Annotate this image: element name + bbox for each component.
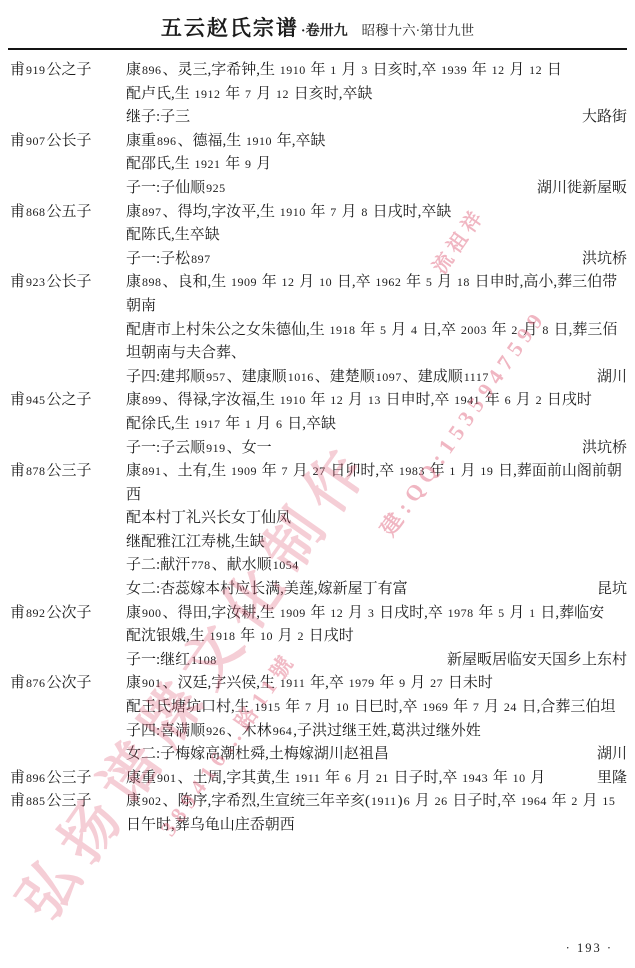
record-content: 康899、得禄,字汝福,生 1910 年 12 月 13 日申时,卒 1941 …	[126, 389, 627, 460]
records-list: 甫919公之子康896、灵三,字希钟,生 1910 年 1 月 3 日亥时,卒 …	[0, 50, 635, 838]
record-text: 配沈银娥,生 1918 年 10 月 2 日戌时	[126, 625, 354, 649]
record-text: 继配雅江江寿桃,生缺	[126, 531, 265, 555]
volume-label: ·卷卅九	[301, 24, 348, 39]
record-line: 配卢氏,生 1912 年 7 月 12 日亥时,卒缺	[126, 83, 627, 107]
record-label: 甫878公三子	[10, 460, 126, 602]
record-line: 继子:子三大路街	[126, 106, 627, 130]
record-text: 配王氏塘坑口村,生 1915 年 7 月 10 日巳时,卒 1969 年 7 月…	[126, 696, 615, 720]
record-text: 康重901、土周,字其黄,生 1911 年 6 月 21 日子时,卒 1943 …	[126, 767, 545, 791]
record-label: 甫907公长子	[10, 130, 126, 201]
record-content: 康891、土有,生 1909 年 7 月 27 日卯时,卒 1983 年 1 月…	[126, 460, 627, 602]
record: 甫923公长子康898、良和,生 1909 年 12 月 10 日,卒 1962…	[10, 271, 627, 389]
record-label: 甫892公次子	[10, 602, 126, 673]
record-line: 配本村丁礼兴长女丁仙凤	[126, 507, 627, 531]
record-line: 康898、良和,生 1909 年 12 月 10 日,卒 1962 年 5 月 …	[126, 271, 627, 318]
record: 甫945公之子康899、得禄,字汝福,生 1910 年 12 月 13 日申时,…	[10, 389, 627, 460]
record-content: 康898、良和,生 1909 年 12 月 10 日,卒 1962 年 5 月 …	[126, 271, 627, 389]
residence-place: 昆坑	[597, 578, 627, 602]
record: 甫878公三子康891、土有,生 1909 年 7 月 27 日卯时,卒 198…	[10, 460, 627, 602]
record-line: 子二:献汗778、献水顺1054	[126, 554, 627, 578]
residence-place: 湖川	[597, 366, 627, 390]
record: 甫919公之子康896、灵三,字希钟,生 1910 年 1 月 3 日亥时,卒 …	[10, 59, 627, 130]
record-line: 配唐市上村朱公之女朱德仙,生 1918 年 5 月 4 日,卒 2003 年 2…	[126, 319, 627, 366]
record-text: 康896、灵三,字希钟,生 1910 年 1 月 3 日亥时,卒 1939 年 …	[126, 59, 562, 83]
record-text: 康902、陈序,字希烈,生宣统三年辛亥(1911)6 月 26 日子时,卒 19…	[126, 790, 627, 837]
record-line: 康900、得田,字汝耕,生 1909 年 12 月 3 日戌时,卒 1978 年…	[126, 602, 627, 626]
record: 甫876公次子康901、汉廷,字兴侯,生 1911 年,卒 1979 年 9 月…	[10, 672, 627, 766]
record-text: 子一:子仙顺925	[126, 177, 227, 201]
record-text: 配邵氏,生 1921 年 9 月	[126, 153, 271, 177]
record-line: 子四:喜满顺926、木林964,子洪过继王姓,葛洪过继外姓	[126, 720, 627, 744]
residence-place: 大路街	[582, 106, 627, 130]
record-text: 配唐市上村朱公之女朱德仙,生 1918 年 5 月 4 日,卒 2003 年 2…	[126, 319, 627, 366]
record-label: 甫945公之子	[10, 389, 126, 460]
record-text: 子四:喜满顺926、木林964,子洪过继王姓,葛洪过继外姓	[126, 720, 481, 744]
genealogy-page: 五云赵氏宗谱·卷卅九昭穆十六·第廿九世 甫919公之子康896、灵三,字希钟,生…	[0, 0, 635, 968]
record-content: 康896、灵三,字希钟,生 1910 年 1 月 3 日亥时,卒 1939 年 …	[126, 59, 627, 130]
record-label: 甫919公之子	[10, 59, 126, 130]
record-text: 康900、得田,字汝耕,生 1909 年 12 月 3 日戌时,卒 1978 年…	[126, 602, 604, 626]
record-line: 配陈氏,生卒缺	[126, 224, 627, 248]
record-line: 康897、得均,字汝平,生 1910 年 7 月 8 日戌时,卒缺	[126, 201, 627, 225]
record-line: 子一:继红1108新屋畈居临安天国乡上东村	[126, 649, 627, 673]
record-text: 康891、土有,生 1909 年 7 月 27 日卯时,卒 1983 年 1 月…	[126, 460, 627, 507]
record-content: 康重901、土周,字其黄,生 1911 年 6 月 21 日子时,卒 1943 …	[126, 767, 627, 791]
record-text: 女二:杏蕊嫁本村应长满,美莲,嫁新屋丁有富	[126, 578, 408, 602]
record-text: 配本村丁礼兴长女丁仙凤	[126, 507, 291, 531]
residence-place: 湖川	[597, 743, 627, 767]
record-text: 女二:子梅嫁高潮杜舜,土梅嫁湖川赵祖昌	[126, 743, 389, 767]
residence-place: 新屋畈居临安天国乡上东村	[447, 649, 627, 673]
record-line: 康896、灵三,字希钟,生 1910 年 1 月 3 日亥时,卒 1939 年 …	[126, 59, 627, 83]
record-label: 甫876公次子	[10, 672, 126, 766]
record-text: 康898、良和,生 1909 年 12 月 10 日,卒 1962 年 5 月 …	[126, 271, 627, 318]
page-header: 五云赵氏宗谱·卷卅九昭穆十六·第廿九世	[0, 0, 635, 42]
record-content: 康897、得均,字汝平,生 1910 年 7 月 8 日戌时,卒缺配陈氏,生卒缺…	[126, 201, 627, 272]
page-number: · 193 ·	[566, 941, 613, 956]
record-line: 女二:子梅嫁高潮杜舜,土梅嫁湖川赵祖昌湖川	[126, 743, 627, 767]
record-label: 甫896公三子	[10, 767, 126, 791]
record-text: 配徐氏,生 1917 年 1 月 6 日,卒缺	[126, 413, 336, 437]
record: 甫868公五子康897、得均,字汝平,生 1910 年 7 月 8 日戌时,卒缺…	[10, 201, 627, 272]
record-text: 继子:子三	[126, 106, 190, 130]
record-line: 配王氏塘坑口村,生 1915 年 7 月 10 日巳时,卒 1969 年 7 月…	[126, 696, 627, 720]
record-line: 配邵氏,生 1921 年 9 月	[126, 153, 627, 177]
generation-label: 昭穆十六·第廿九世	[362, 23, 475, 38]
record-line: 配沈银娥,生 1918 年 10 月 2 日戌时	[126, 625, 627, 649]
residence-place: 洪坑桥	[582, 437, 627, 461]
record-text: 子二:献汗778、献水顺1054	[126, 554, 300, 578]
record-label: 甫885公三子	[10, 790, 126, 837]
record-text: 康901、汉廷,字兴侯,生 1911 年,卒 1979 年 9 月 27 日未时	[126, 672, 493, 696]
record-line: 康重896、德福,生 1910 年,卒缺	[126, 130, 627, 154]
record-content: 康重896、德福,生 1910 年,卒缺配邵氏,生 1921 年 9 月子一:子…	[126, 130, 627, 201]
record-text: 康899、得禄,字汝福,生 1910 年 12 月 13 日申时,卒 1941 …	[126, 389, 592, 413]
book-title: 五云赵氏宗谱	[161, 16, 299, 40]
record-content: 康902、陈序,字希烈,生宣统三年辛亥(1911)6 月 26 日子时,卒 19…	[126, 790, 627, 837]
record: 甫885公三子康902、陈序,字希烈,生宣统三年辛亥(1911)6 月 26 日…	[10, 790, 627, 837]
record: 甫892公次子康900、得田,字汝耕,生 1909 年 12 月 3 日戌时,卒…	[10, 602, 627, 673]
record-line: 康899、得禄,字汝福,生 1910 年 12 月 13 日申时,卒 1941 …	[126, 389, 627, 413]
record-text: 子四:建邦顺957、建康顺1016、建楚顺1097、建成顺1117	[126, 366, 490, 390]
record-line: 子一:子云顺919、女一洪坑桥	[126, 437, 627, 461]
record-line: 子一:子仙顺925湖川徙新屋畈	[126, 177, 627, 201]
record-line: 康902、陈序,字希烈,生宣统三年辛亥(1911)6 月 26 日子时,卒 19…	[126, 790, 627, 837]
record-line: 康901、汉廷,字兴侯,生 1911 年,卒 1979 年 9 月 27 日未时	[126, 672, 627, 696]
record-line: 子四:建邦顺957、建康顺1016、建楚顺1097、建成顺1117湖川	[126, 366, 627, 390]
record-line: 康891、土有,生 1909 年 7 月 27 日卯时,卒 1983 年 1 月…	[126, 460, 627, 507]
residence-place: 里隆	[597, 767, 627, 791]
record-text: 康重896、德福,生 1910 年,卒缺	[126, 130, 326, 154]
record-content: 康901、汉廷,字兴侯,生 1911 年,卒 1979 年 9 月 27 日未时…	[126, 672, 627, 766]
record-line: 康重901、土周,字其黄,生 1911 年 6 月 21 日子时,卒 1943 …	[126, 767, 627, 791]
residence-place: 洪坑桥	[582, 248, 627, 272]
record-text: 康897、得均,字汝平,生 1910 年 7 月 8 日戌时,卒缺	[126, 201, 451, 225]
record-text: 子一:子松897	[126, 248, 212, 272]
record-text: 子一:子云顺919、女一	[126, 437, 272, 461]
record-line: 女二:杏蕊嫁本村应长满,美莲,嫁新屋丁有富昆坑	[126, 578, 627, 602]
record-text: 子一:继红1108	[126, 649, 218, 673]
record-label: 甫923公长子	[10, 271, 126, 389]
residence-place: 湖川徙新屋畈	[537, 177, 627, 201]
record-content: 康900、得田,字汝耕,生 1909 年 12 月 3 日戌时,卒 1978 年…	[126, 602, 627, 673]
record-line: 配徐氏,生 1917 年 1 月 6 日,卒缺	[126, 413, 627, 437]
record-text: 配陈氏,生卒缺	[126, 224, 220, 248]
record: 甫907公长子康重896、德福,生 1910 年,卒缺配邵氏,生 1921 年 …	[10, 130, 627, 201]
record-text: 配卢氏,生 1912 年 7 月 12 日亥时,卒缺	[126, 83, 373, 107]
record: 甫896公三子康重901、土周,字其黄,生 1911 年 6 月 21 日子时,…	[10, 767, 627, 791]
record-label: 甫868公五子	[10, 201, 126, 272]
record-line: 子一:子松897洪坑桥	[126, 248, 627, 272]
record-line: 继配雅江江寿桃,生缺	[126, 531, 627, 555]
